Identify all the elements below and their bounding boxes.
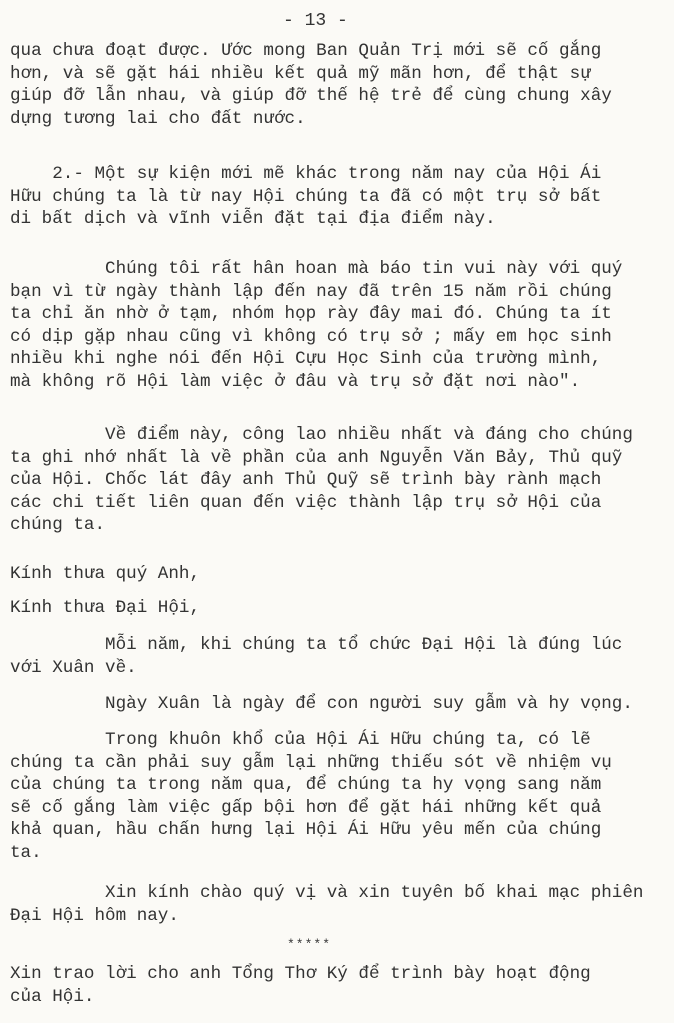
separator-stars: *****	[287, 934, 331, 956]
text-line: chúng ta cần phải suy gẫm lại những thiế…	[10, 752, 612, 774]
text-line: có dịp gặp nhau cũng vì không có trụ sở …	[10, 326, 612, 348]
text-line: Về điểm này, công lao nhiều nhất và đáng…	[10, 424, 633, 446]
text-line: Đại Hội hôm nay.	[10, 905, 179, 927]
text-line: Xin trao lời cho anh Tổng Thơ Ký để trìn…	[10, 963, 591, 985]
text-line: sẽ cố gắng làm việc gấp bội hơn để gặt h…	[10, 797, 601, 819]
text-line: ta chỉ ăn nhờ ở tạm, nhóm họp rày đây ma…	[10, 303, 612, 325]
text-line: bạn vì từ ngày thành lập đến nay đã trên…	[10, 281, 612, 303]
text-line: Xin kính chào quý vị và xin tuyên bố kha…	[10, 882, 643, 904]
text-line: Chúng tôi rất hân hoan mà báo tin vui nà…	[10, 258, 622, 280]
text-line: 2.- Một sự kiện mới mẽ khác trong năm na…	[10, 163, 601, 185]
text-line: nhiều khi nghe nói đến Hội Cựu Học Sinh …	[10, 348, 601, 370]
text-line: Hữu chúng ta là từ nay Hội chúng ta đã c…	[10, 186, 601, 208]
text-line: Mỗi năm, khi chúng ta tổ chức Đại Hội là…	[10, 634, 622, 656]
text-line: Kính thưa quý Anh,	[10, 563, 200, 585]
text-line: ta.	[10, 842, 42, 864]
text-line: Kính thưa Đại Hội,	[10, 597, 200, 619]
text-line: dựng tương lai cho đất nước.	[10, 108, 306, 130]
text-line: ta ghi nhớ nhất là về phần của anh Nguyễ…	[10, 447, 622, 469]
text-line: khả quan, hầu chấn hưng lại Hội Ái Hữu y…	[10, 819, 601, 841]
text-line: mà không rõ Hội làm việc ở đâu và trụ sở…	[10, 371, 580, 393]
text-line: di bất dịch và vĩnh viễn đặt tại địa điể…	[10, 208, 496, 230]
page-number: - 13 -	[283, 10, 348, 32]
text-line: hơn, và sẽ gặt hái nhiều kết quả mỹ mãn …	[10, 63, 591, 85]
typewritten-page: - 13 - qua chưa đoạt được. Ước mong Ban …	[0, 0, 674, 1023]
text-line: giúp đỡ lẫn nhau, và giúp đỡ thế hệ trẻ …	[10, 85, 612, 107]
text-line: qua chưa đoạt được. Ước mong Ban Quản Tr…	[10, 40, 601, 62]
text-line: của chúng ta trong năm qua, để chúng ta …	[10, 774, 601, 796]
text-line: với Xuân về.	[10, 657, 137, 679]
text-line: của Hội.	[10, 986, 94, 1008]
text-line: chúng ta.	[10, 514, 105, 536]
text-line: Trong khuôn khổ của Hội Ái Hữu chúng ta,…	[10, 729, 591, 751]
text-line: Ngày Xuân là ngày để con người suy gẫm v…	[10, 693, 633, 715]
text-line: các chi tiết liên quan đến việc thành lậ…	[10, 492, 601, 514]
text-line: của Hội. Chốc lát đây anh Thủ Quỹ sẽ trì…	[10, 469, 601, 491]
